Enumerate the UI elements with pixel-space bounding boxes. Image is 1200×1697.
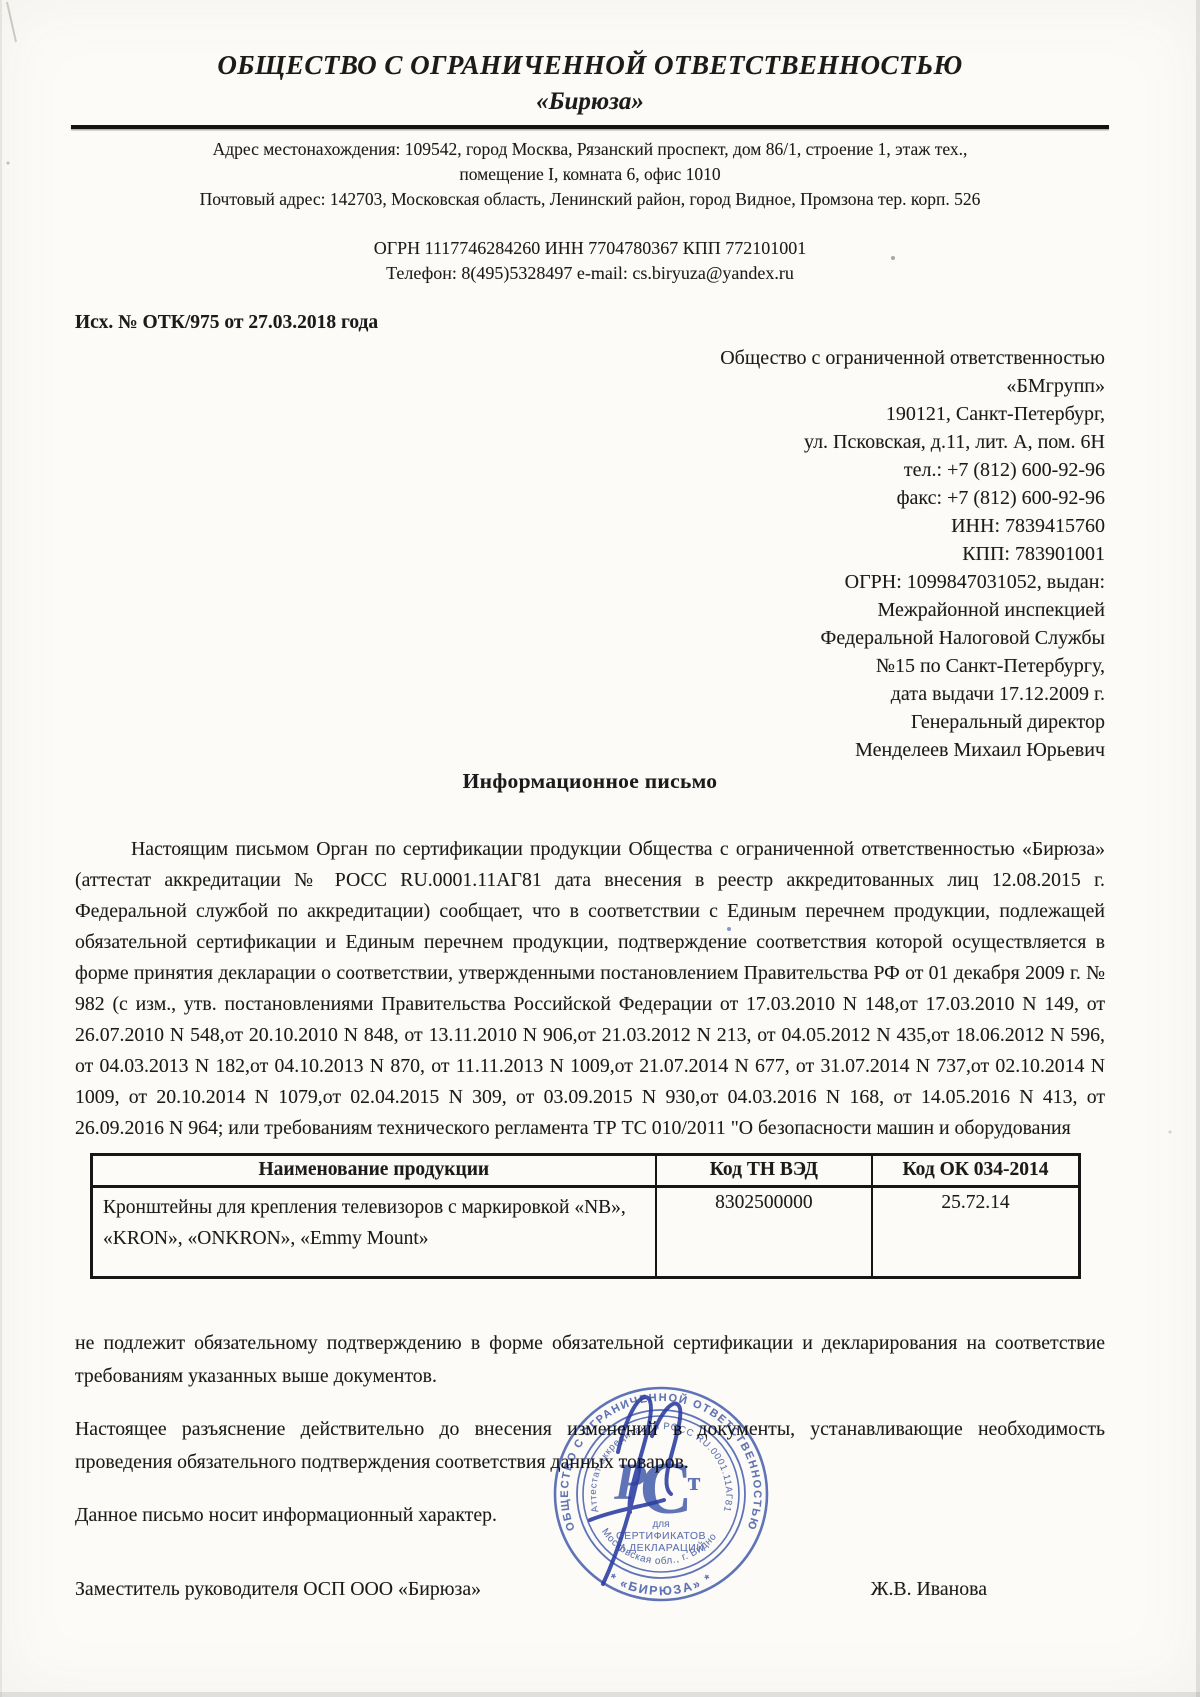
recipient-line: ИНН: 7839415760 <box>75 512 1105 540</box>
postal-address: Почтовый адрес: 142703, Московская облас… <box>75 187 1105 212</box>
body-paragraph-2: не подлежит обязательному подтверждению … <box>75 1327 1105 1393</box>
address-line-1: Адрес местонахождения: 109542, город Мос… <box>75 137 1105 162</box>
recipient-line: Федеральной Налоговой Службы <box>75 624 1105 652</box>
outgoing-reference: Исх. № ОТК/975 от 27.03.2018 года <box>75 312 1105 334</box>
col-header-tnved-code: Код ТН ВЭД <box>656 1155 872 1187</box>
recipient-line: ОГРН: 1099847031052, выдан: <box>75 568 1105 596</box>
signature-row: Заместитель руководителя ОСП ООО «Бирюза… <box>75 1574 1105 1604</box>
body-paragraph-4: Данное письмо носит информационный харак… <box>75 1499 1105 1532</box>
document-page: ОБЩЕСТВО С ОГРАНИЧЕННОЙ ОТВЕТСТВЕННОСТЬЮ… <box>0 0 1200 1697</box>
table-header-row: Наименование продукции Код ТН ВЭД Код ОК… <box>92 1155 1080 1187</box>
letterhead: ОБЩЕСТВО С ОГРАНИЧЕННОЙ ОТВЕТСТВЕННОСТЬЮ… <box>75 0 1105 286</box>
ok-code-cell: 25.72.14 <box>872 1187 1079 1278</box>
product-table: Наименование продукции Код ТН ВЭД Код ОК… <box>90 1153 1081 1279</box>
recipient-line: 190121, Санкт-Петербург, <box>75 400 1105 428</box>
letterhead-divider <box>71 125 1109 129</box>
recipient-line: «БМгрупп» <box>75 372 1105 400</box>
letter-content: ОБЩЕСТВО С ОГРАНИЧЕННОЙ ОТВЕТСТВЕННОСТЬЮ… <box>0 0 1200 1604</box>
col-header-ok-code: Код ОК 034-2014 <box>872 1155 1079 1187</box>
tnved-code-cell: 8302500000 <box>656 1187 872 1278</box>
recipient-block: Общество с ограниченной ответственностью… <box>75 344 1105 764</box>
recipient-line: Генеральный директор <box>75 708 1105 736</box>
company-name-caps: ОБЩЕСТВО С ОГРАНИЧЕННОЙ ОТВЕТСТВЕННОСТЬЮ <box>75 0 1105 82</box>
recipient-line: Общество с ограниченной ответственностью <box>75 344 1105 372</box>
recipient-line: Менделеев Михаил Юрьевич <box>75 736 1105 764</box>
col-header-product-name: Наименование продукции <box>92 1155 656 1187</box>
recipient-line: дата выдачи 17.12.2009 г. <box>75 680 1105 708</box>
letter-title: Информационное письмо <box>75 769 1105 794</box>
recipient-line: ул. Псковская, д.11, лит. А, пом. 6Н <box>75 428 1105 456</box>
recipient-line: Межрайонной инспекцией <box>75 596 1105 624</box>
body-paragraph-1: Настоящим письмом Орган по сертификации … <box>75 834 1105 1144</box>
product-name-cell: Кронштейны для крепления телевизоров с м… <box>92 1187 656 1278</box>
signatory-name: Ж.В. Иванова <box>871 1574 987 1604</box>
recipient-line: факс: +7 (812) 600-92-96 <box>75 484 1105 512</box>
registration-numbers: ОГРН 1117746284260 ИНН 7704780367 КПП 77… <box>75 236 1105 261</box>
recipient-line: №15 по Санкт-Петербургу, <box>75 652 1105 680</box>
contact-line: Телефон: 8(495)5328497 e-mail: cs.biryuz… <box>75 261 1105 286</box>
recipient-line: тел.: +7 (812) 600-92-96 <box>75 456 1105 484</box>
signatory-position: Заместитель руководителя ОСП ООО «Бирюза… <box>75 1574 481 1604</box>
company-name: «Бирюза» <box>75 86 1105 118</box>
address-line-2: помещение I, комната 6, офис 1010 <box>75 162 1105 187</box>
table-row: Кронштейны для крепления телевизоров с м… <box>92 1187 1080 1278</box>
recipient-line: КПП: 783901001 <box>75 540 1105 568</box>
body-paragraph-3: Настоящее разъяснение действительно до в… <box>75 1413 1105 1479</box>
